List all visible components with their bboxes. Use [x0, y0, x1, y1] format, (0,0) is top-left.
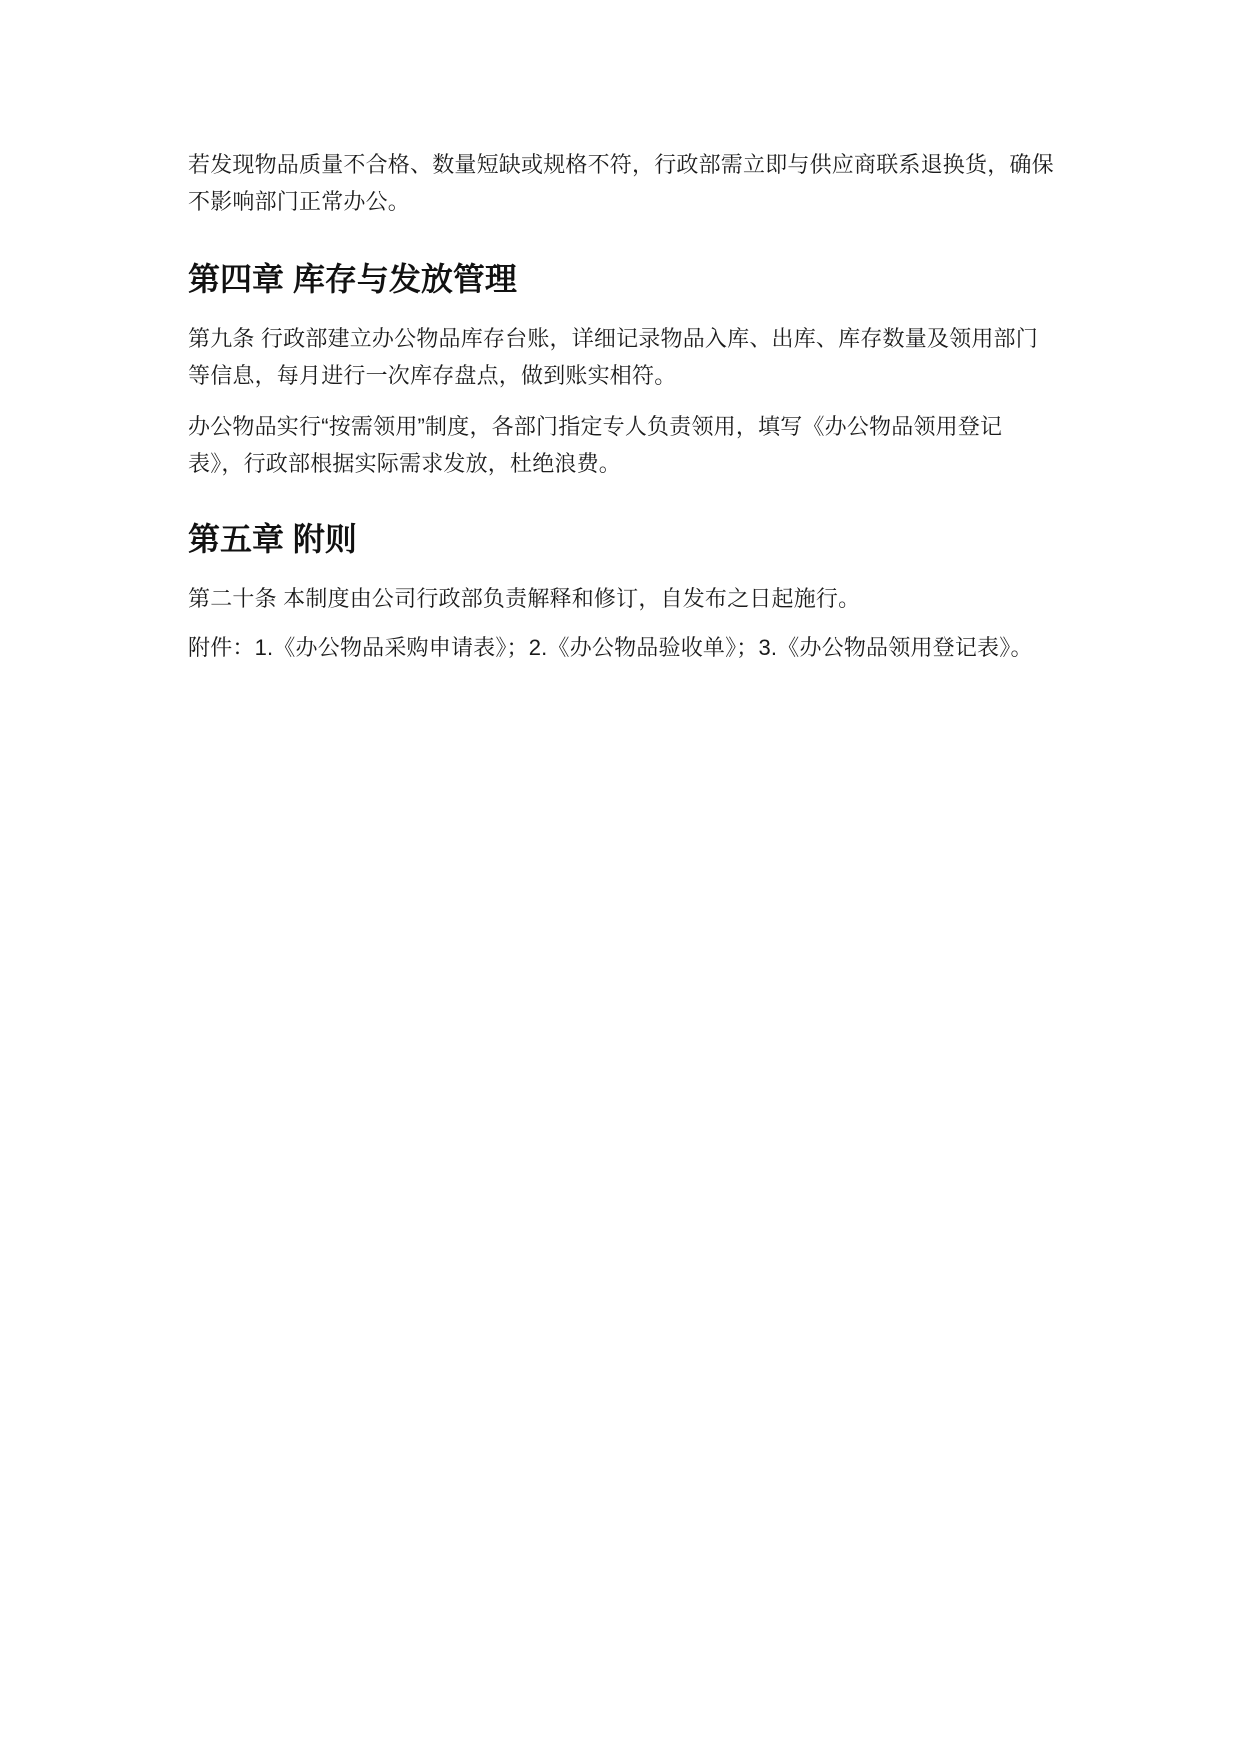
paragraph-attachments: 附件：1.《办公物品采购申请表》；2.《办公物品验收单》；3.《办公物品领用登记…	[188, 629, 1056, 666]
paragraph-article-20: 第二十条 本制度由公司行政部负责解释和修订，自发布之日起施行。	[188, 580, 1056, 617]
chapter-5-heading: 第五章 附则	[188, 519, 357, 559]
paragraph-article-9: 第九条 行政部建立办公物品库存台账，详细记录物品入库、出库、库存数量及领用部门等…	[188, 320, 1056, 394]
chapter-4-heading: 第四章 库存与发放管理	[188, 259, 517, 299]
paragraph-return-exchange: 若发现物品质量不合格、数量短缺或规格不符，行政部需立即与供应商联系退换货，确保不…	[188, 146, 1056, 220]
paragraph-on-demand-issuance: 办公物品实行“按需领用”制度，各部门指定专人负责领用，填写《办公物品领用登记表》…	[188, 408, 1056, 482]
